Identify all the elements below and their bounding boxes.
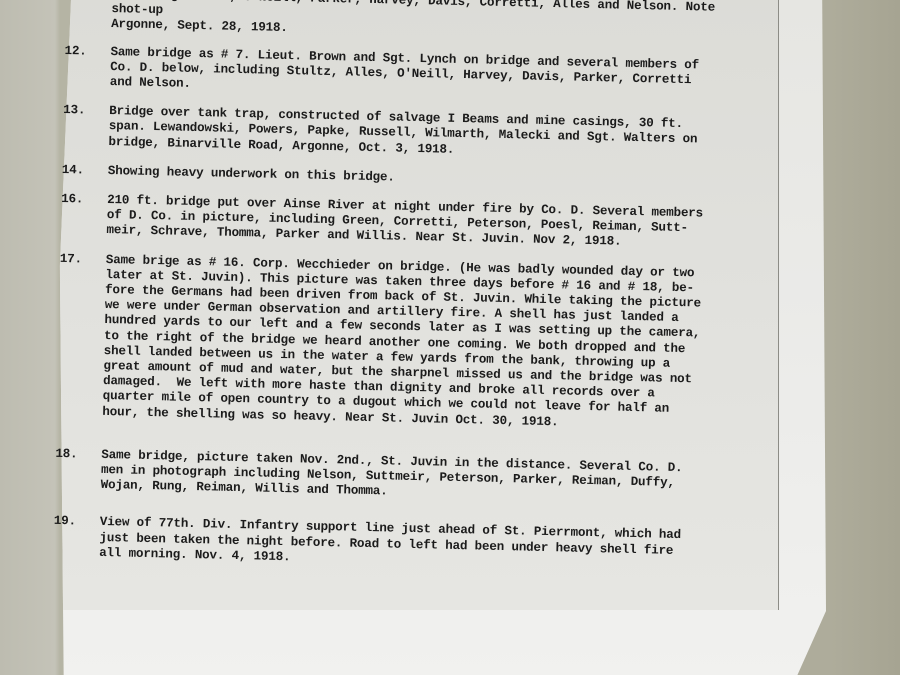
entry-text: Bridge over tank trap, constructed of sa… xyxy=(108,104,723,164)
caption-entry: 12.Same bridge as # 7. Lieut. Brown and … xyxy=(64,44,725,105)
entry-text: Same bridge as # 7. Lieut. Brown and Sgt… xyxy=(110,45,725,105)
entry-text: Same bridge, picture taken Nov. 2nd., St… xyxy=(100,448,715,508)
entry-number xyxy=(65,0,112,33)
entry-text: Same brige as # 16. Corp. Wecchieder on … xyxy=(102,253,720,434)
caption-entry: 13.Bridge over tank trap, constructed of… xyxy=(62,103,723,164)
entry-number: 13. xyxy=(62,103,109,150)
text-line: Showing heavy underwork on this bridge. xyxy=(108,164,722,193)
entry-text: Showing heavy underwork on this bridge. xyxy=(108,164,722,193)
entry-text: View of 77th. Div. Infantry support line… xyxy=(99,515,714,575)
caption-entry: 14.Showing heavy underwork on this bridg… xyxy=(62,163,722,193)
entry-number: 14. xyxy=(62,163,108,179)
entry-list: 12.Same bridge as # 7. Lieut. Brown and … xyxy=(53,44,725,575)
continuation-entry: including Stultz, O'Neill, Parker, Harve… xyxy=(65,0,726,47)
entry-number: 16. xyxy=(60,192,107,239)
entry-text: 210 ft. bridge put over Ainse River at n… xyxy=(106,193,721,253)
caption-entry: 17.Same brige as # 16. Corp. Wecchieder … xyxy=(56,252,720,434)
entry-number: 19. xyxy=(53,514,100,561)
entry-text: including Stultz, O'Neill, Parker, Harve… xyxy=(111,0,726,47)
typed-document: including Stultz, O'Neill, Parker, Harve… xyxy=(53,0,726,589)
caption-entry: 19.View of 77th. Div. Infantry support l… xyxy=(53,514,714,575)
entry-number: 17. xyxy=(56,252,106,420)
entry-number: 12. xyxy=(64,44,111,91)
caption-entry: 18.Same bridge, picture taken Nov. 2nd.,… xyxy=(55,447,716,508)
caption-entry: 16.210 ft. bridge put over Ainse River a… xyxy=(60,192,721,253)
entry-number: 18. xyxy=(55,447,102,494)
